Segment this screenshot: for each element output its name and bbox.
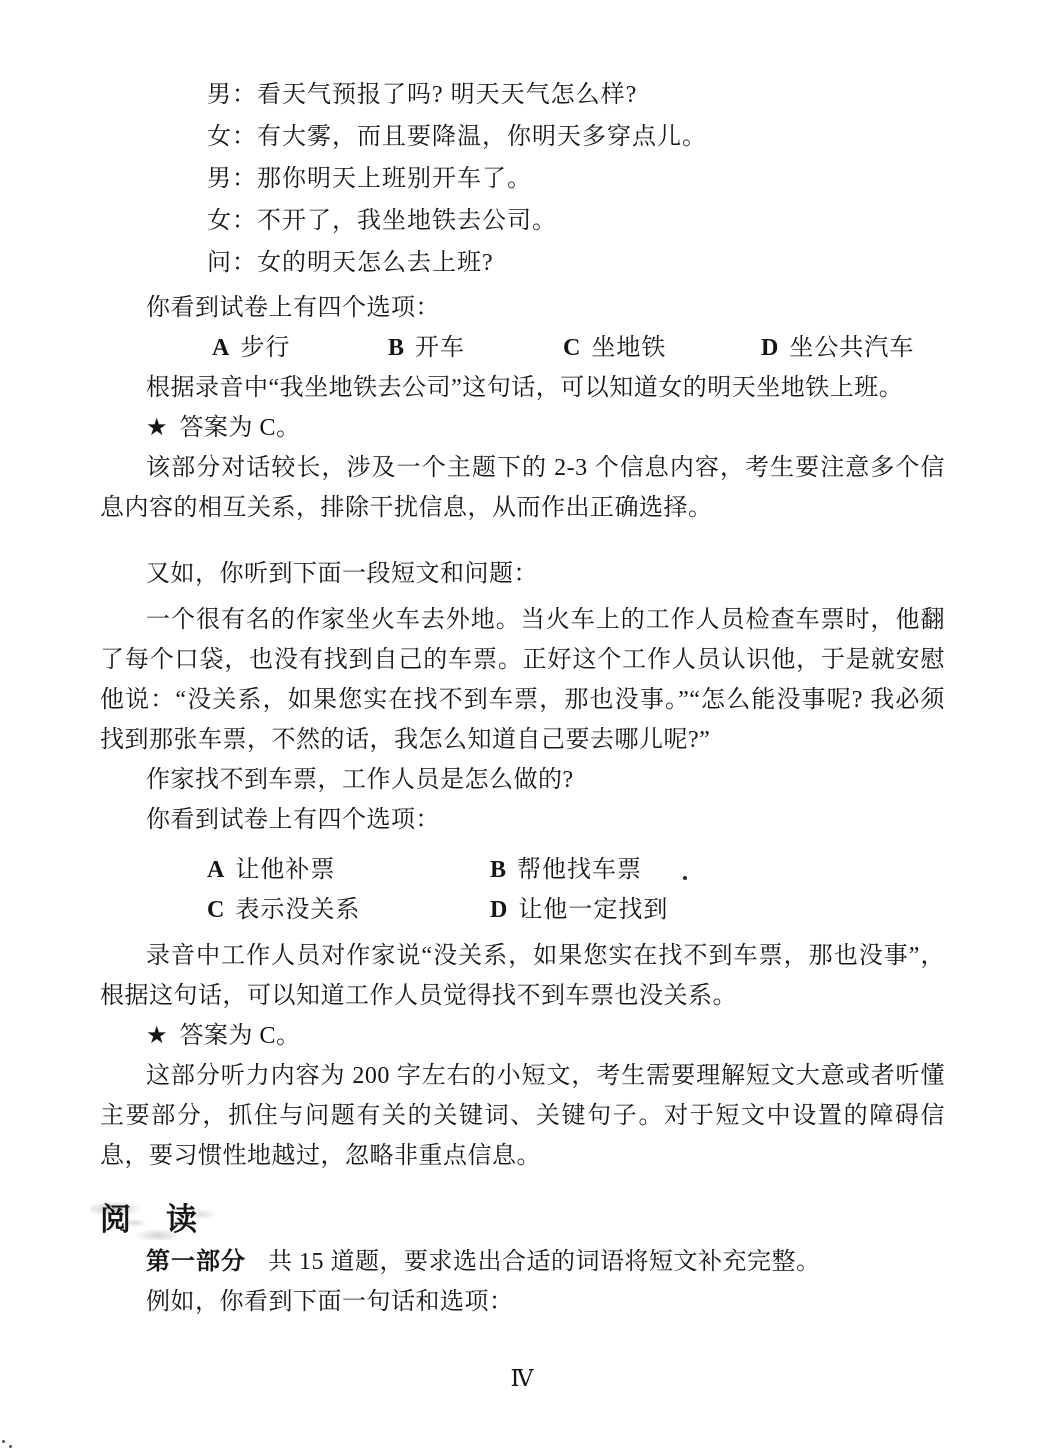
part1-line: 第一部分共 15 道题，要求选出合适的词语将短文补充完整。: [100, 1242, 945, 1282]
option-a: A让他补票: [207, 850, 335, 890]
option-c: C表示没关系: [207, 890, 360, 930]
options-intro-2: 你看到试卷上有四个选项：: [100, 800, 945, 840]
option-text: 帮他找车票: [517, 857, 642, 883]
explanation-1: 根据录音中“我坐地铁去公司”这句话，可以知道女的明天坐地铁上班。: [100, 368, 945, 408]
part1-label: 第一部分: [146, 1249, 246, 1275]
option-text: 坐公共汽车: [789, 335, 914, 361]
reading-section-heading: 阅 读: [100, 1198, 945, 1242]
option-b: B帮他找车票: [490, 850, 642, 890]
dialogue-line: 女：有大雾，而且要降温，你明天多穿点儿。: [207, 116, 945, 158]
star-icon: ★: [146, 1023, 168, 1049]
dialogue-line: 问：女的明天怎么去上班?: [207, 242, 945, 284]
options-grid-row: A让他补票 B帮他找车票: [100, 850, 945, 890]
option-letter: B: [490, 857, 506, 883]
note-2: 这部分听力内容为 200 字左右的小短文，考生需要理解短文大意或者听懂主要部分，…: [100, 1056, 945, 1176]
option-text: 让他补票: [235, 857, 335, 883]
option-text: 坐地铁: [591, 335, 666, 361]
passage: 一个很有名的作家坐火车去外地。当火车上的工作人员检查车票时，他翻了每个口袋，也没…: [100, 600, 945, 760]
option-letter: A: [207, 857, 224, 883]
option-c: C坐地铁: [563, 328, 666, 368]
options-row-1: A步行 B开车 C坐地铁 D坐公共汽车: [100, 328, 945, 368]
options-intro-1: 你看到试卷上有四个选项：: [100, 288, 945, 328]
scan-dot-artifact: [9, 1445, 12, 1448]
answer-text: 答案为 C。: [180, 1023, 301, 1049]
page-number: Ⅳ: [0, 1366, 1045, 1392]
dialogue-line: 女：不开了，我坐地铁去公司。: [207, 200, 945, 242]
passage-question: 作家找不到车票，工作人员是怎么做的?: [100, 760, 945, 800]
note-1: 该部分对话较长，涉及一个主题下的 2-3 个信息内容，考生要注意多个信息内容的相…: [100, 448, 945, 528]
explanation-2: 录音中工作人员对作家说“没关系，如果您实在找不到车票，那也没事”，根据这句话，可…: [100, 936, 945, 1016]
option-text: 让他一定找到: [518, 897, 668, 923]
option-letter: C: [207, 897, 224, 923]
option-text: 表示没关系: [235, 897, 360, 923]
option-a: A步行: [212, 328, 290, 368]
dialogue-line: 男：看天气预报了吗? 明天天气怎么样?: [207, 74, 945, 116]
example-intro: 例如，你看到下面一句话和选项：: [100, 1282, 945, 1322]
option-b: B开车: [388, 328, 465, 368]
option-letter: D: [490, 897, 507, 923]
part1-text: 共 15 道题，要求选出合适的词语将短文补充完整。: [268, 1249, 821, 1275]
options-grid-2: A让他补票 B帮他找车票 C表示没关系 D让他一定找到: [100, 850, 945, 930]
option-letter: D: [761, 335, 778, 361]
option-text: 开车: [415, 335, 465, 361]
scan-dot-artifact: [2, 1440, 5, 1443]
option-d: D让他一定找到: [490, 890, 668, 930]
section2-intro: 又如，你听到下面一段短文和问题：: [100, 554, 945, 594]
answer-text: 答案为 C。: [180, 415, 301, 441]
option-text: 步行: [240, 335, 290, 361]
option-letter: B: [388, 335, 404, 361]
heading-text: 阅 读: [100, 1202, 199, 1237]
scan-dot-artifact: [683, 876, 687, 880]
options-grid-row: C表示没关系 D让他一定找到: [100, 890, 945, 930]
option-d: D坐公共汽车: [761, 328, 914, 368]
document-page: 男：看天气预报了吗? 明天天气怎么样? 女：有大雾，而且要降温，你明天多穿点儿。…: [0, 0, 1045, 1449]
option-letter: A: [212, 335, 229, 361]
star-icon: ★: [146, 415, 168, 441]
listening-dialogue: 男：看天气预报了吗? 明天天气怎么样? 女：有大雾，而且要降温，你明天多穿点儿。…: [100, 74, 945, 284]
answer-line-2: ★答案为 C。: [100, 1016, 945, 1056]
dialogue-line: 男：那你明天上班别开车了。: [207, 158, 945, 200]
option-letter: C: [563, 335, 580, 361]
answer-line-1: ★答案为 C。: [100, 408, 945, 448]
